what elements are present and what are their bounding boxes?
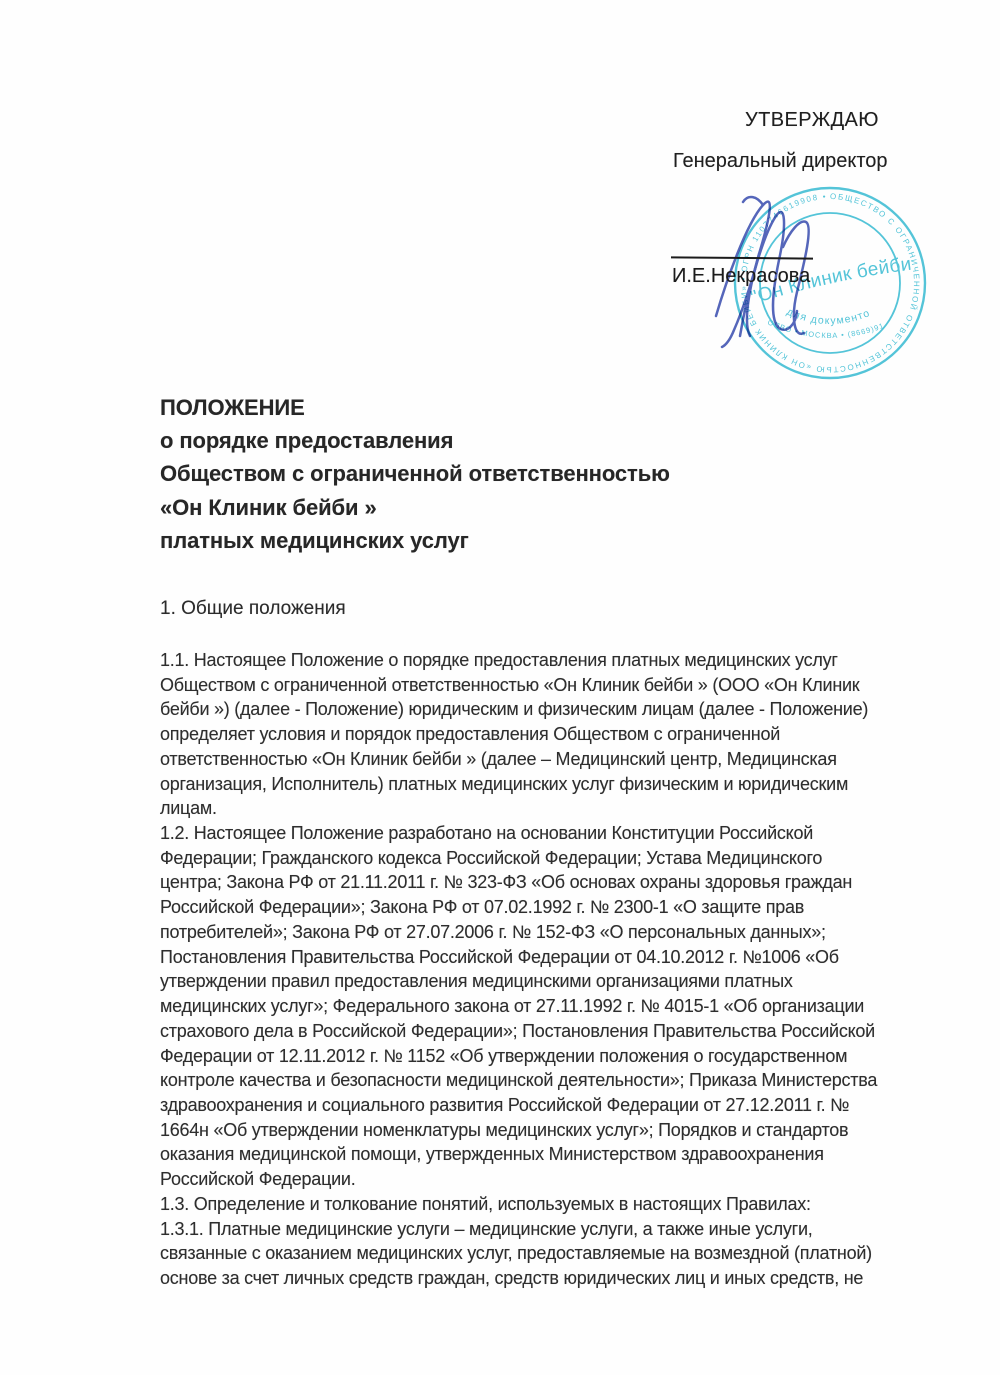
svg-text:"Он Клиник бейби": "Он Клиник бейби" bbox=[731, 184, 913, 309]
paragraph-1-3-1: 1.3.1. Платные медицинские услуги – меди… bbox=[160, 1217, 978, 1291]
document-title: ПОЛОЖЕНИЕ о порядке предоставления Общес… bbox=[160, 391, 670, 557]
section-heading: 1. Общие положения bbox=[160, 598, 346, 620]
document-page: УТВЕРЖДАЮ Генеральный директор И.Е.Некра… bbox=[0, 0, 1000, 1375]
company-stamp: ОБЩЕСТВО С ОГРАНИЧЕННОЙ ОТВЕТСТВЕННОСТЬЮ… bbox=[731, 184, 929, 382]
stamp-center-name: "Он Клиник бейби" bbox=[731, 184, 913, 309]
paragraph-1-1: 1.1. Настоящее Положение о порядке предо… bbox=[160, 648, 978, 821]
paragraph-1-2: 1.2. Настоящее Положение разработано на … bbox=[160, 821, 978, 1192]
director-role: Генеральный директор bbox=[673, 150, 888, 173]
document-body: 1.1. Настоящее Положение о порядке предо… bbox=[160, 648, 978, 1291]
paragraph-1-3: 1.3. Определение и толкование понятий, и… bbox=[160, 1192, 978, 1217]
approval-label: УТВЕРЖДАЮ bbox=[745, 109, 879, 132]
